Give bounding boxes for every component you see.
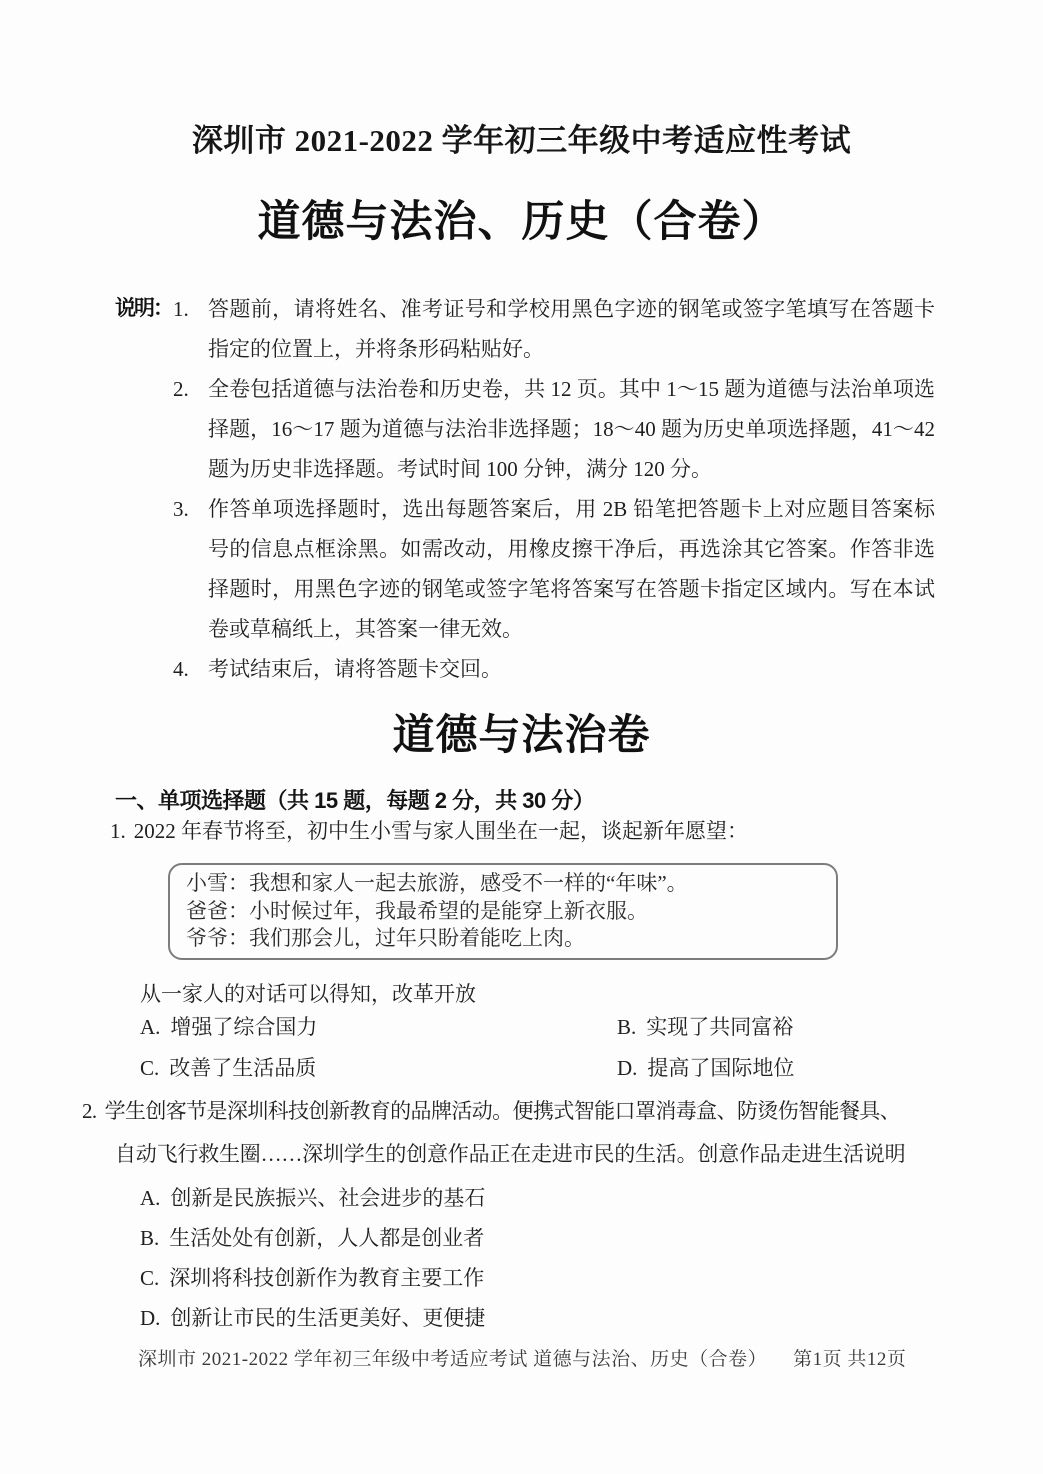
option-text: 提高了国际地位	[647, 1056, 794, 1080]
option-label: A.	[140, 1186, 160, 1210]
question-2-stem-text-1: 学生创客节是深圳科技创新教育的品牌活动。便携式智能口罩消毒盒、防烫伤智能餐具、	[105, 1099, 901, 1123]
exam-main-title: 道德与法治、历史（合卷）	[0, 196, 1043, 250]
option-a: A.创新是民族振兴、社会进步的基石	[140, 1178, 485, 1218]
instruction-number: 3.	[173, 489, 208, 649]
option-a: A.增强了综合国力	[140, 1012, 617, 1053]
question-1-options: A.增强了综合国力 B.实现了共同富裕 C.改善了生活品质 D.提高了国际地位	[140, 1012, 935, 1094]
dialogue-line: 爸爸：小时候过年，我最希望的是能穿上新衣服。	[186, 898, 822, 926]
question-2-number: 2.	[82, 1099, 97, 1123]
option-label: D.	[617, 1056, 637, 1080]
question-1-stem-text: 2022 年春节将至，初中生小雪与家人围坐在一起，谈起新年愿望：	[134, 819, 748, 843]
instruction-item: 3. 作答单项选择题时，选出每题答案后，用 2B 铅笔把答题卡上对应题目答案标号…	[173, 489, 935, 649]
question-2-stem: 2.学生创客节是深圳科技创新教育的品牌活动。便携式智能口罩消毒盒、防烫伤智能餐具…	[115, 1090, 937, 1176]
instruction-number: 1.	[173, 289, 208, 369]
option-c: C.改善了生活品质	[140, 1053, 617, 1094]
footer-title: 深圳市 2021-2022 学年初三年级中考适应考试 道德与法治、历史（合卷）	[138, 1349, 767, 1370]
option-text: 深圳将科技创新作为教育主要工作	[169, 1266, 484, 1290]
option-label: C.	[140, 1056, 159, 1080]
question-1-followup: 从一家人的对话可以得知，改革开放	[140, 979, 476, 1009]
instruction-text: 全卷包括道德与法治卷和历史卷，共 12 页。其中 1～15 题为道德与法治单项选…	[208, 369, 935, 489]
instruction-item: 1. 答题前，请将姓名、准考证号和学校用黑色字迹的钢笔或签字笔填写在答题卡指定的…	[173, 289, 935, 369]
instruction-text: 作答单项选择题时，选出每题答案后，用 2B 铅笔把答题卡上对应题目答案标号的信息…	[208, 489, 935, 649]
instruction-item: 4. 考试结束后，请将答题卡交回。	[173, 649, 935, 689]
instructions-label: 说明：	[115, 289, 172, 329]
exam-paper-page: 深圳市 2021-2022 学年初三年级中考适应性考试 道德与法治、历史（合卷）…	[0, 0, 1043, 1474]
option-text: 增强了综合国力	[170, 1015, 317, 1039]
section-title: 道德与法治卷	[0, 710, 1043, 762]
question-2-options: A.创新是民族振兴、社会进步的基石 B.生活处处有创新，人人都是创业者 C.深圳…	[140, 1178, 485, 1338]
instructions-block: 说明： 1. 答题前，请将姓名、准考证号和学校用黑色字迹的钢笔或签字笔填写在答题…	[115, 289, 935, 689]
footer-page-number: 第1页 共12页	[793, 1349, 906, 1370]
option-text: 实现了共同富裕	[646, 1015, 793, 1039]
option-d: D.提高了国际地位	[617, 1053, 935, 1094]
question-2-stem-line1: 2.学生创客节是深圳科技创新教育的品牌活动。便携式智能口罩消毒盒、防烫伤智能餐具…	[82, 1090, 937, 1133]
option-label: B.	[617, 1015, 636, 1039]
instruction-text: 考试结束后，请将答题卡交回。	[208, 649, 935, 689]
option-text: 生活处处有创新，人人都是创业者	[169, 1226, 484, 1250]
question-2-stem-line2: 自动飞行救生圈……深圳学生的创意作品正在走进市民的生活。创意作品走进生活说明	[115, 1133, 937, 1176]
option-label: D.	[140, 1306, 160, 1330]
option-text: 改善了生活品质	[169, 1056, 316, 1080]
option-label: A.	[140, 1015, 160, 1039]
exam-header-title: 深圳市 2021-2022 学年初三年级中考适应性考试	[0, 122, 1043, 160]
option-d: D.创新让市民的生活更美好、更便捷	[140, 1298, 485, 1338]
option-b: B.生活处处有创新，人人都是创业者	[140, 1218, 485, 1258]
dialogue-line: 小雪：我想和家人一起去旅游，感受不一样的“年味”。	[186, 870, 822, 898]
instruction-item: 2. 全卷包括道德与法治卷和历史卷，共 12 页。其中 1～15 题为道德与法治…	[173, 369, 935, 489]
option-label: B.	[140, 1226, 159, 1250]
question-1-number: 1.	[110, 819, 126, 843]
question-1-dialogue-box: 小雪：我想和家人一起去旅游，感受不一样的“年味”。 爸爸：小时候过年，我最希望的…	[168, 863, 838, 960]
option-text: 创新让市民的生活更美好、更便捷	[170, 1306, 485, 1330]
instruction-number: 2.	[173, 369, 208, 489]
part-heading: 一、单项选择题（共 15 题，每题 2 分，共 30 分）	[115, 786, 594, 816]
instructions-list: 1. 答题前，请将姓名、准考证号和学校用黑色字迹的钢笔或签字笔填写在答题卡指定的…	[173, 289, 935, 689]
question-1-stem: 1.2022 年春节将至，初中生小雪与家人围坐在一起，谈起新年愿望：	[110, 816, 940, 846]
instruction-number: 4.	[173, 649, 208, 689]
option-b: B.实现了共同富裕	[617, 1012, 935, 1053]
option-c: C.深圳将科技创新作为教育主要工作	[140, 1258, 485, 1298]
instruction-text: 答题前，请将姓名、准考证号和学校用黑色字迹的钢笔或签字笔填写在答题卡指定的位置上…	[208, 289, 935, 369]
dialogue-line: 爷爷：我们那会儿，过年只盼着能吃上肉。	[186, 925, 822, 953]
option-label: C.	[140, 1266, 159, 1290]
page-footer: 深圳市 2021-2022 学年初三年级中考适应考试 道德与法治、历史（合卷）第…	[138, 1348, 906, 1372]
option-text: 创新是民族振兴、社会进步的基石	[170, 1186, 485, 1210]
